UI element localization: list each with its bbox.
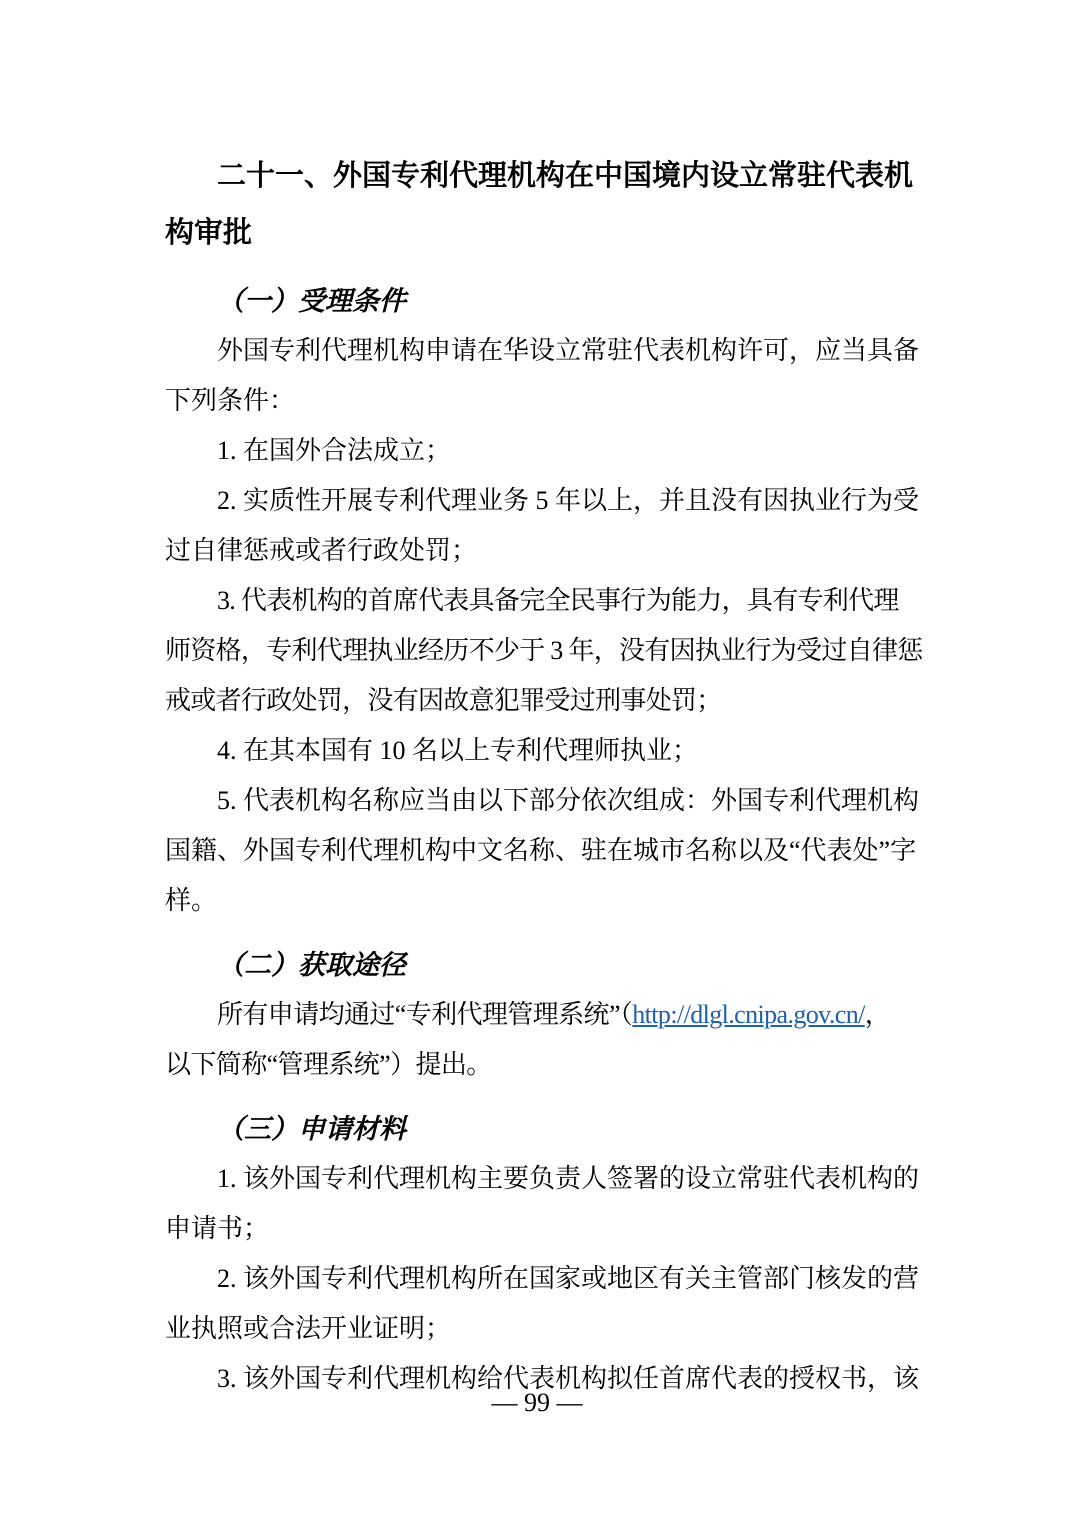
- condition-item-5: 5. 代表机构名称应当由以下部分依次组成：外国专利代理机构 国籍、外国专利代理机…: [165, 776, 940, 926]
- condition-item-4: 4. 在其本国有 10 名以上专利代理师执业；: [165, 726, 940, 776]
- condition-item-1: 1. 在国外合法成立；: [165, 426, 940, 476]
- management-system-link[interactable]: http://dlgl.cnipa.gov.cn/: [632, 1000, 864, 1029]
- condition-item-2: 2. 实质性开展专利代理业务 5 年以上，并且没有因执业行为受 过自律惩戒或者行…: [165, 476, 940, 576]
- section-1-heading: （一）受理条件: [165, 276, 940, 326]
- material-item-1: 1. 该外国专利代理机构主要负责人签署的设立常驻代表机构的 申请书；: [165, 1154, 940, 1254]
- document-page: 二十一、外国专利代理机构在中国境内设立常驻代表机 构审批 （一）受理条件 外国专…: [0, 0, 1074, 1520]
- condition-item-3: 3. 代表机构的首席代表具备完全民事行为能力，具有专利代理 师资格，专利代理执业…: [165, 576, 940, 726]
- access-paragraph: 所有申请均通过“专利代理管理系统”（http://dlgl.cnipa.gov.…: [165, 990, 940, 1090]
- page-title: 二十一、外国专利代理机构在中国境内设立常驻代表机 构审批: [165, 148, 940, 262]
- section-2-heading: （二）获取途径: [165, 940, 940, 990]
- intro-paragraph: 外国专利代理机构申请在华设立常驻代表机构许可，应当具备 下列条件：: [165, 326, 940, 426]
- text-before-link: 所有申请均通过“专利代理管理系统”（: [217, 1000, 632, 1029]
- material-item-2: 2. 该外国专利代理机构所在国家或地区有关主管部门核发的营 业执照或合法开业证明…: [165, 1254, 940, 1354]
- document-content: 二十一、外国专利代理机构在中国境内设立常驻代表机 构审批 （一）受理条件 外国专…: [165, 148, 940, 1404]
- page-number: — 99 —: [0, 1383, 1074, 1423]
- section-3-heading: （三）申请材料: [165, 1104, 940, 1154]
